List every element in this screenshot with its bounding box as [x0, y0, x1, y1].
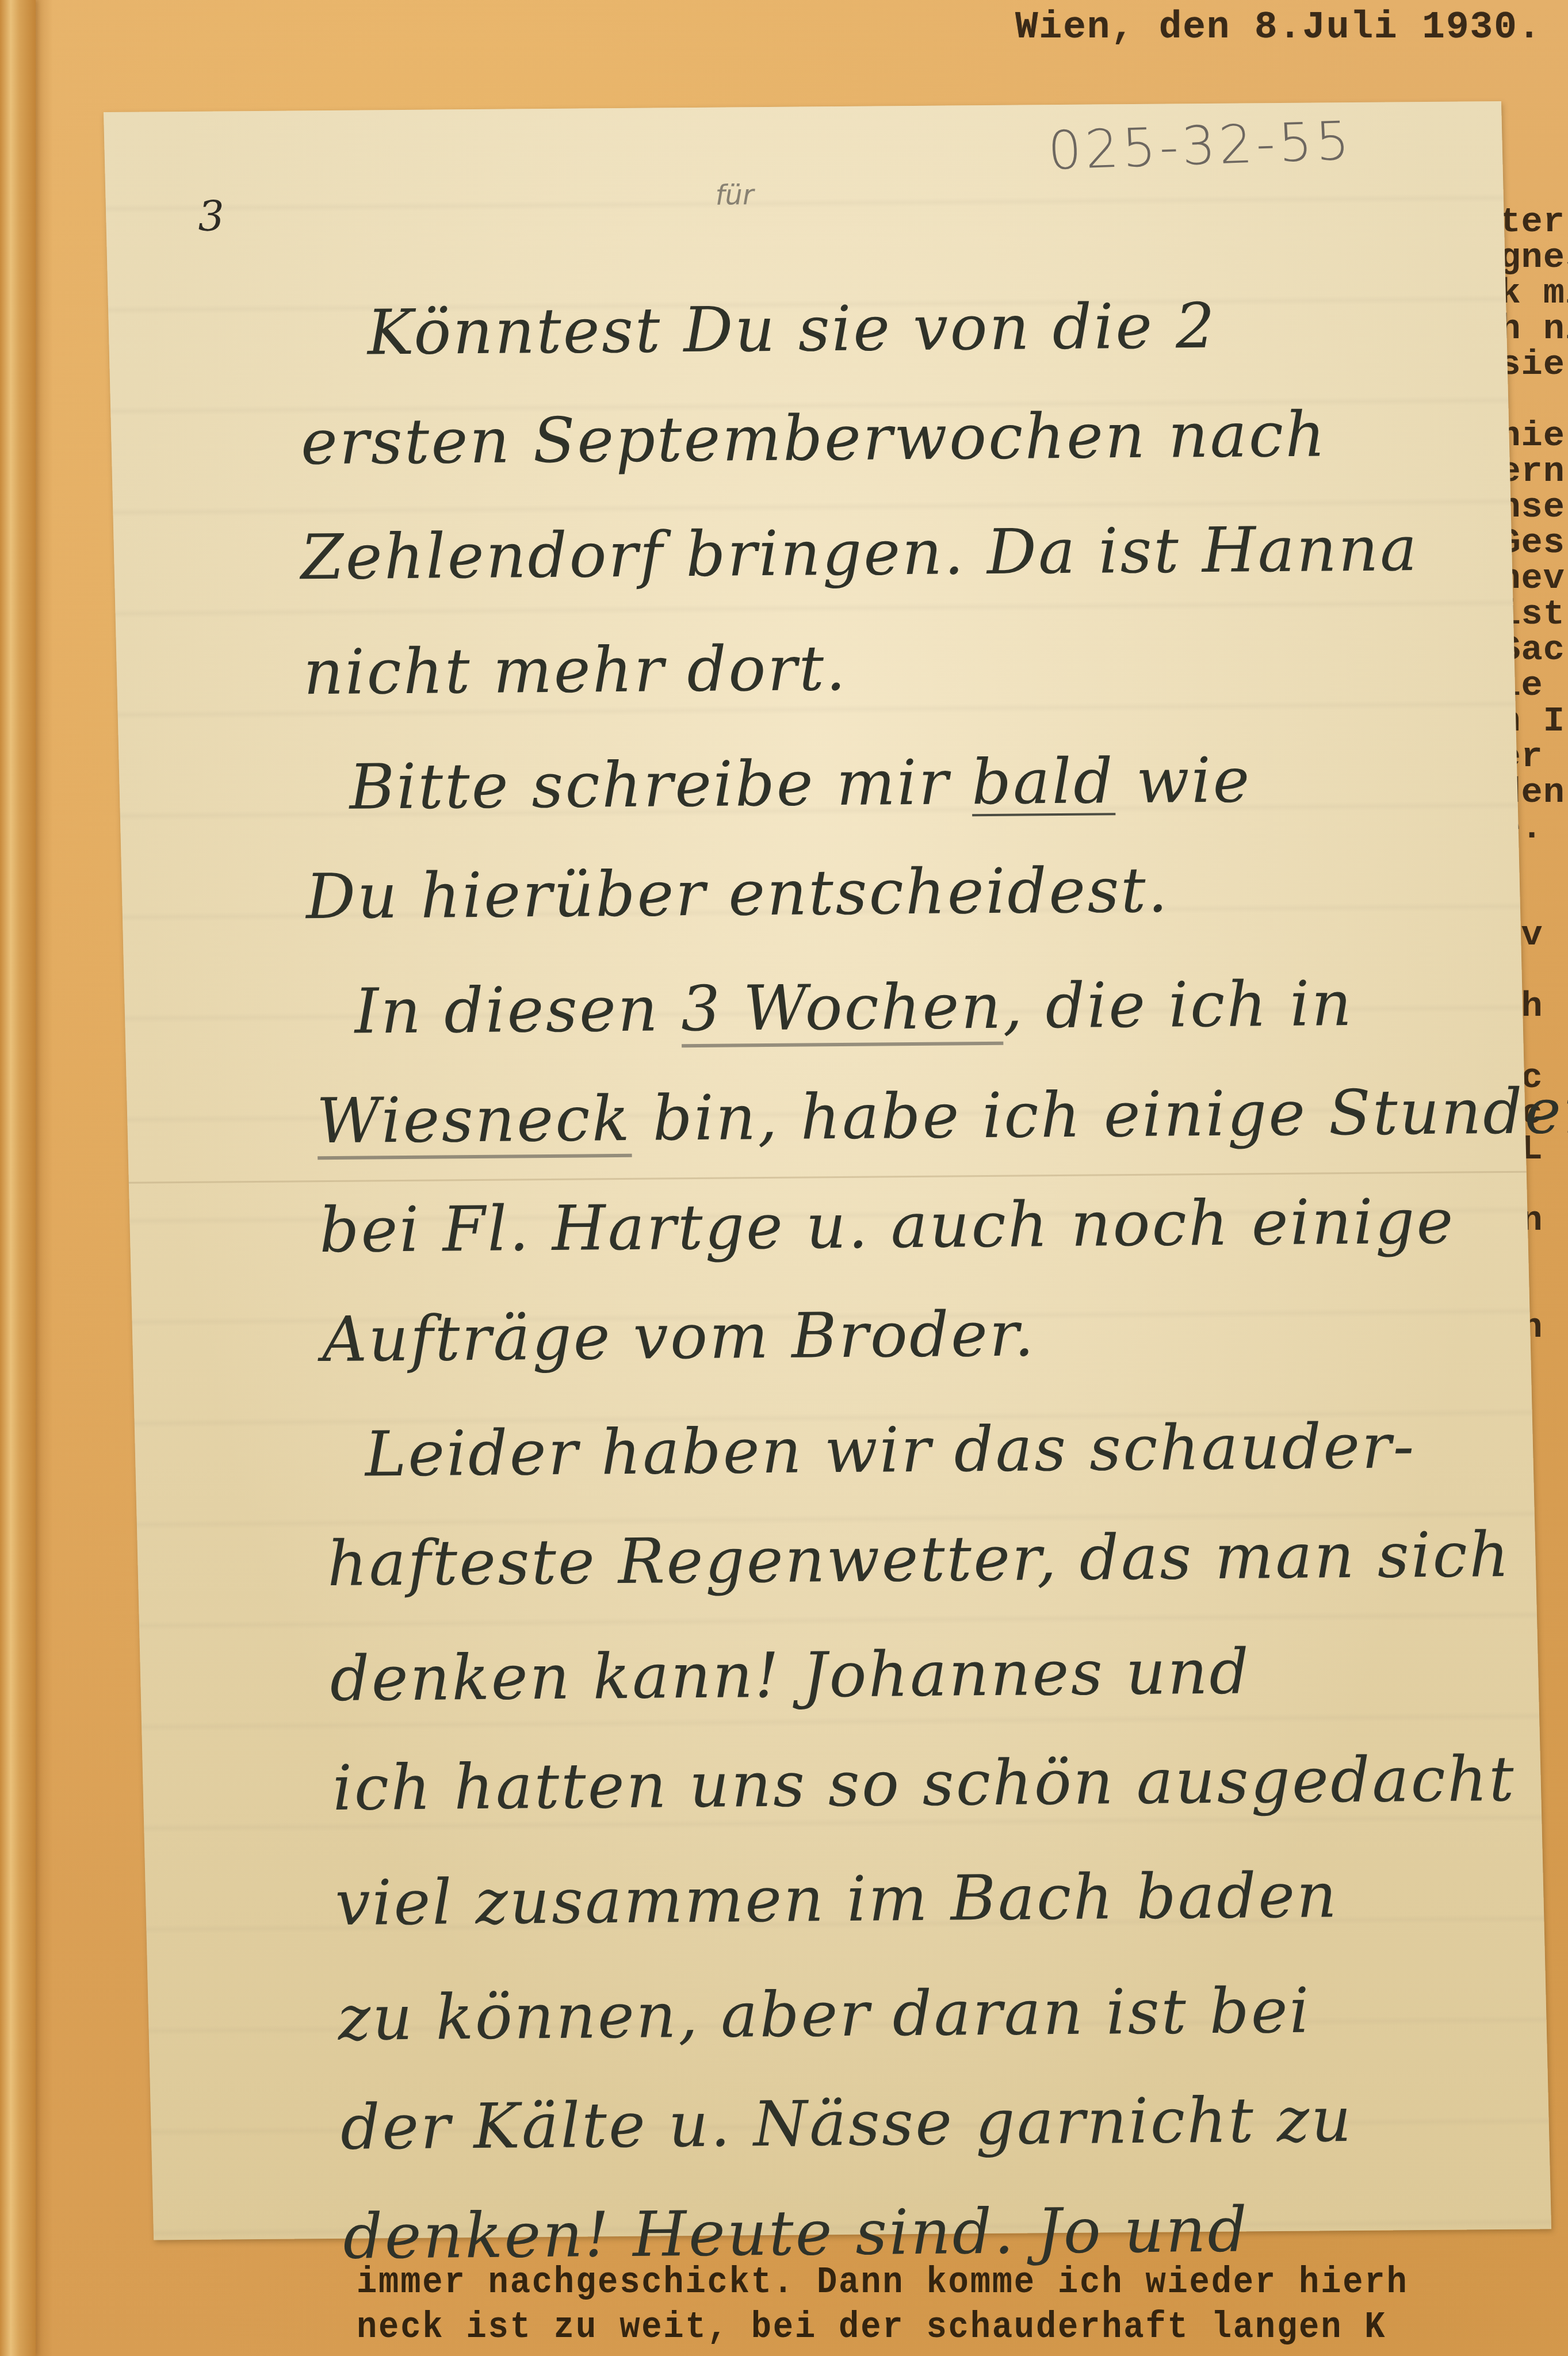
letter-date: Wien, den 8.Juli 1930.	[1015, 6, 1542, 49]
archive-id: 025-32-55	[1046, 110, 1354, 182]
folder-left-edge	[0, 0, 36, 2356]
page-number: 3	[197, 192, 225, 240]
handwritten-letter-sheet: 025-32-55 3 für Könntest Du sie von die …	[104, 101, 1551, 2240]
pencil-annotation: für	[715, 179, 754, 212]
folder-edge-shadow	[36, 0, 53, 2356]
handwritten-line: denken! Heute sind. Jo und	[255, 2122, 1252, 2346]
